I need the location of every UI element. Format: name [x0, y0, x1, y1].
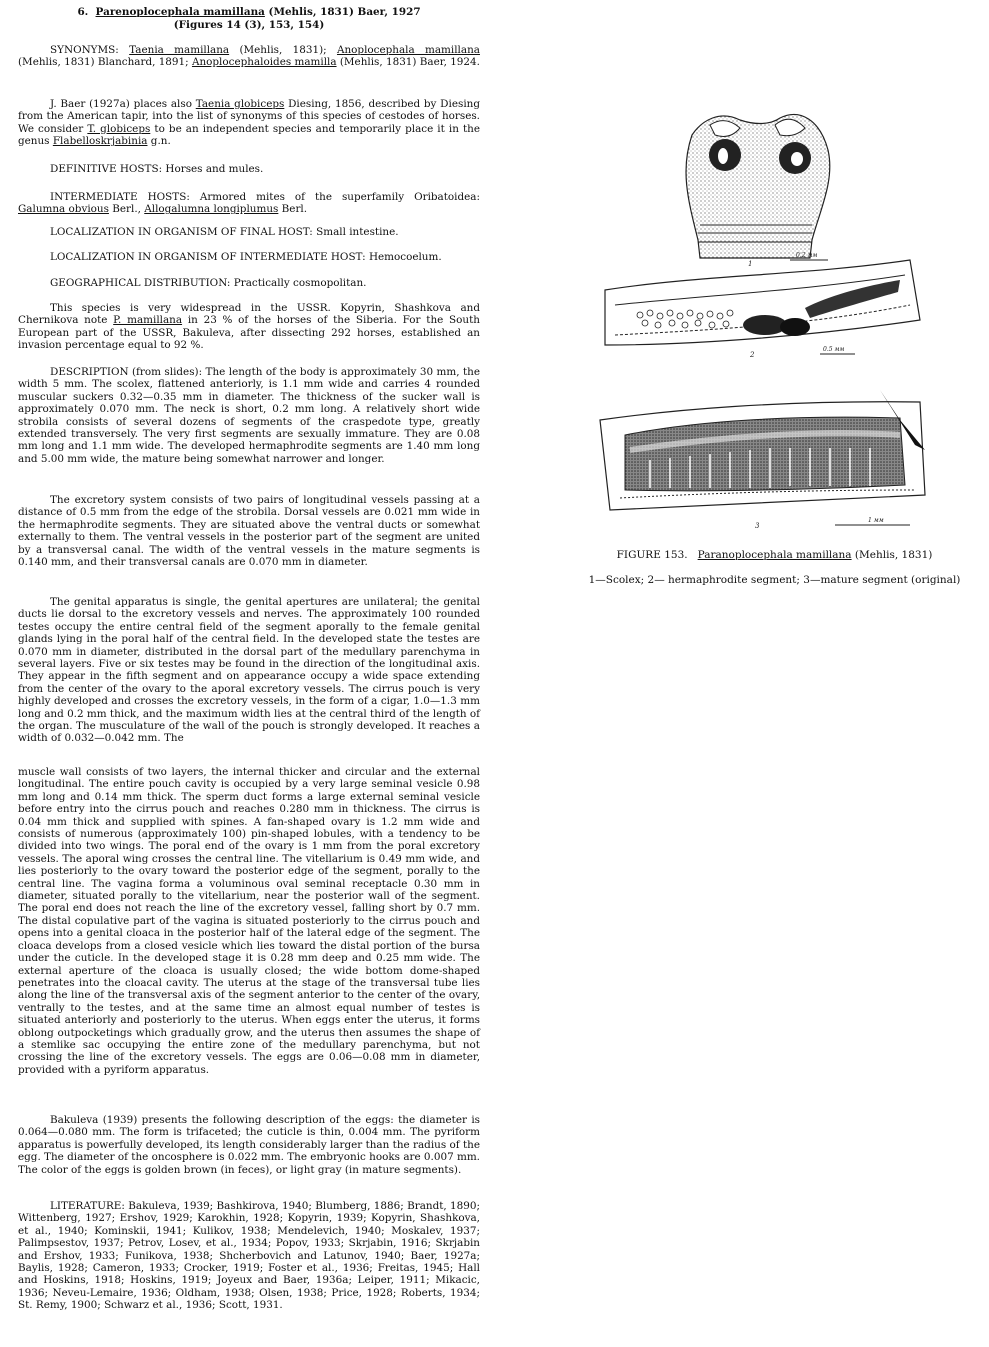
intermediate-hosts: INTERMEDIATE HOSTS: Armored mites of the…	[18, 191, 480, 216]
intermediate-hosts-label: INTERMEDIATE HOSTS:	[50, 191, 190, 203]
mature-segment-panel	[600, 390, 925, 510]
panel-1-label: 1	[748, 260, 752, 268]
synonym-2-authority: (Mehlis, 1831) Blanchard, 1891;	[18, 56, 189, 68]
species-heading: 6. Parenoplocephala mamillana (Mehlis, 1…	[18, 6, 480, 32]
species-number: 6.	[77, 6, 88, 18]
baer-text-1: J. Baer (1927a) places also	[50, 98, 192, 110]
figures-reference: (Figures 14 (3), 153, 154)	[18, 19, 480, 32]
localization-final-host: LOCALIZATION IN ORGANISM OF FINAL HOST: …	[18, 226, 480, 238]
definitive-hosts: DEFINITIVE HOSTS: Horses and mules.	[18, 163, 480, 175]
synonym-3-authority: (Mehlis, 1831) Baer, 1924.	[340, 56, 480, 68]
caption-species: Paranoplocephala mamillana	[698, 549, 852, 561]
synonyms-paragraph: SYNONYMS: Taenia mamillana (Mehlis, 1831…	[18, 44, 480, 69]
genital-paragraph: The genital apparatus is single, the gen…	[18, 596, 480, 745]
synonyms-label: SYNONYMS:	[50, 44, 119, 56]
baer-text-4: g.n.	[151, 135, 171, 147]
localization-intermediate-host: LOCALIZATION IN ORGANISM OF INTERMEDIATE…	[18, 251, 480, 263]
figure-drawing: 1 0.2 мм 2 0.5 мм	[580, 80, 980, 550]
synonym-3: Anoplocephaloides mamilla	[192, 56, 337, 68]
synonym-1: Taenia mamillana	[129, 44, 229, 56]
localization-final-label: LOCALIZATION IN ORGANISM OF FINAL HOST:	[50, 226, 313, 238]
panel-2-scale: 0.5 мм	[823, 346, 844, 353]
figure-caption-legend: 1—Scolex; 2— hermaphrodite segment; 3—ma…	[560, 574, 989, 586]
intermediate-hosts-value: Armored mites of the superfamily Oribato…	[200, 191, 480, 203]
geographical-distribution: GEOGRAPHICAL DISTRIBUTION: Practically c…	[18, 277, 480, 289]
localization-intermediate-label: LOCALIZATION IN ORGANISM OF INTERMEDIATE…	[50, 251, 366, 263]
panel-3-label: 3	[755, 522, 760, 530]
excretory-paragraph: The excretory system consists of two pai…	[18, 494, 480, 568]
figure-caption-title: FIGURE 153. Paranoplocephala mamillana (…	[560, 549, 989, 561]
allogalumna-authority: Berl.	[282, 203, 307, 215]
literature-text: Bakuleva, 1939; Bashkirova, 1940; Blumbe…	[18, 1200, 480, 1311]
flabelloskrjabinia: Flabelloskrjabinia	[53, 135, 148, 147]
panel-1-scale: 0.2 мм	[796, 252, 817, 259]
hermaphrodite-segment-panel	[605, 260, 920, 345]
caption-figure-number: FIGURE 153.	[617, 549, 688, 561]
galumna-authority: Berl.,	[112, 203, 141, 215]
muscle-paragraph: muscle wall consists of two layers, the …	[18, 766, 480, 1076]
taenia-globiceps: Taenia globiceps	[196, 98, 285, 110]
localization-final-value: Small intestine.	[316, 226, 398, 238]
synonym-2: Anoplocephala mamillana	[337, 44, 480, 56]
distribution-paragraph: This species is very widespread in the U…	[18, 302, 480, 352]
eggs-paragraph: Bakuleva (1939) presents the following d…	[18, 1114, 480, 1176]
caption-authority: (Mehlis, 1831)	[855, 549, 932, 561]
galumna-obvious: Galumna obvious	[18, 203, 109, 215]
p-mamillana: P. mamillana	[113, 314, 182, 326]
description-text: The length of the body is approximately …	[18, 366, 480, 465]
synonym-1-authority: (Mehlis, 1831);	[239, 44, 326, 56]
geo-value: Practically cosmopolitan.	[234, 277, 367, 289]
t-globiceps: T. globiceps	[87, 123, 150, 135]
species-name: Parenoplocephala mamillana	[96, 6, 265, 18]
description-label: DESCRIPTION (from slides):	[50, 366, 202, 378]
literature-label: LITERATURE:	[50, 1200, 125, 1212]
localization-intermediate-value: Hemocoelum.	[369, 251, 442, 263]
definitive-hosts-label: DEFINITIVE HOSTS:	[50, 163, 162, 175]
baer-paragraph: J. Baer (1927a) places also Taenia globi…	[18, 98, 480, 148]
allogalumna-longiplumus: Allogalumna longiplumus	[144, 203, 278, 215]
species-authority: (Mehlis, 1831) Baer, 1927	[269, 6, 421, 18]
literature-paragraph: LITERATURE: Bakuleva, 1939; Bashkirova, …	[18, 1200, 480, 1312]
figure-153-illustration: 1 0.2 мм 2 0.5 мм	[580, 80, 980, 550]
panel-2-label: 2	[749, 351, 755, 359]
geo-label: GEOGRAPHICAL DISTRIBUTION:	[50, 277, 230, 289]
definitive-hosts-value: Horses and mules.	[165, 163, 263, 175]
panel-3-scale: 1 мм	[868, 517, 884, 524]
description-paragraph: DESCRIPTION (from slides): The length of…	[18, 366, 480, 465]
scolex-panel	[686, 115, 830, 258]
